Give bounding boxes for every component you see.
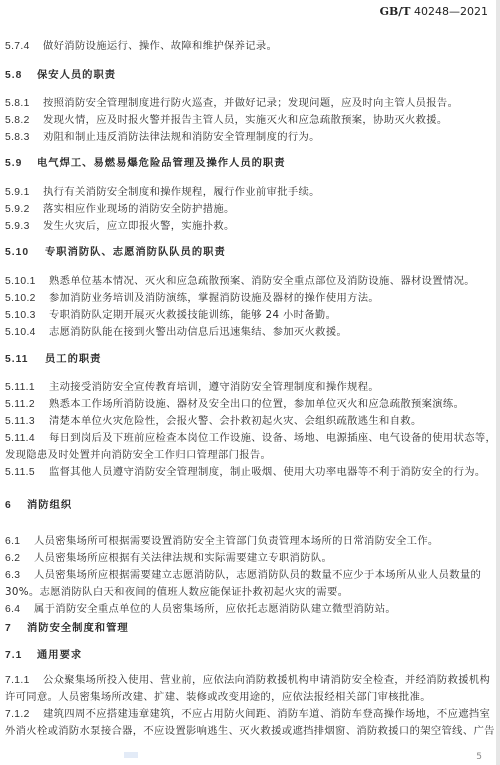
clause-text: 按照消防安全管理制度进行防火巡查，并做好记录；发现问题，应及时向主管人员报告。 [43, 97, 458, 109]
section-heading: 5.9电气焊工、易燃易爆危险品管理及操作人员的职责 [5, 154, 286, 169]
clause-number: 7.1.1 [5, 675, 43, 686]
clause-text: 人员密集场所可根据需要设置消防安全主管部门负责管理本场所的日常消防安全工作。 [34, 535, 439, 547]
clause-number: 5.7.4 [5, 41, 43, 52]
clause-text: 电气焊工、易燃易爆危险品管理及操作人员的职责 [37, 157, 286, 169]
clause: 5.9.1执行有关消防安全制度和操作规程，履行作业前审批手续。 [5, 183, 320, 198]
clause-text: 主动接受消防安全宣传教育培训，遵守消防安全管理制度和操作规程。 [49, 381, 379, 393]
clause-number: 5.10.1 [5, 276, 49, 287]
clause-text: 清楚本单位火灾危险性，会报火警、会扑救初起火灾、会组织疏散逃生和自救。 [49, 415, 422, 427]
clause-number: 5.8.2 [5, 115, 43, 126]
clause-text: 人员密集场所应根据需要建立志愿消防队，志愿消防队员的数量不应少于本场所从业人员数… [34, 569, 481, 581]
clause: 5.9.3发生火灾后，应立即报火警，实施扑救。 [5, 217, 235, 232]
clause-text: 劝阻和制止违反消防法律法规和消防安全管理制度的行为。 [43, 131, 320, 143]
clause-number: 5.11 [5, 354, 45, 365]
clause-text: 每日到岗后及下班前应检查本岗位工作设施、设备、场地、电源插座、电气设备的使用状态… [49, 432, 496, 444]
clause: 5.10.1熟悉单位基本情况、灭火和应急疏散预案、消防安全重点部位及消防设施、器… [5, 272, 475, 287]
clause: 6.3人员密集场所应根据需要建立志愿消防队，志愿消防队员的数量不应少于本场所从业… [5, 566, 481, 581]
clause-number: 5.11.2 [5, 399, 49, 410]
clause: 5.7.4做好消防设施运行、操作、故障和维护保养记录。 [5, 37, 277, 52]
section-heading: 7消防安全制度和管理 [5, 619, 129, 634]
clause-number: 7.1.2 [5, 709, 43, 720]
standard-number: 40248—2021 [414, 5, 488, 18]
clause-number: 5.10.2 [5, 293, 49, 304]
clause: 6.2人员密集场所应根据有关法律法规和实际需要建立专职消防队。 [5, 549, 332, 564]
clause: 5.10.4志愿消防队能在接到火警出动信息后迅速集结、参加灭火救援。 [5, 323, 347, 338]
clause: 6.4属于消防安全重点单位的人员密集场所，应依托志愿消防队建立微型消防站。 [5, 600, 396, 615]
clause-text: 员工的职责 [45, 353, 101, 365]
clause-number: 5.9.2 [5, 204, 43, 215]
clause-continuation: 30%。志愿消防队白天和夜间的值班人数应能保证扑救初起火灾的需要。 [5, 583, 348, 598]
clause-text: 监督其他人员遵守消防安全管理制度，制止吸烟、使用大功率电器等不利于消防安全的行为… [49, 466, 486, 478]
clause-text: 发生火灾后，应立即报火警，实施扑救。 [43, 220, 235, 232]
clause-number: 6.2 [5, 553, 34, 564]
clause-continuation: 外消火栓或消防水泵接合器，不应设置影响逃生、灭火救援或遮挡排烟窗、消防救援口的架… [5, 722, 495, 737]
section-heading: 7.1通用要求 [5, 646, 82, 661]
clause: 5.10.3专职消防队定期开展灭火救援技能训练，能够 24 小时备勤。 [5, 306, 336, 321]
clause-number: 6.3 [5, 570, 34, 581]
clause-number: 6 [5, 500, 27, 511]
page-header: GB/T 40248—2021 [380, 5, 488, 18]
standard-code: GB/T [380, 5, 411, 18]
clause-text: 参加消防业务培训及消防演练，掌握消防设施及器材的操作使用方法。 [49, 292, 379, 304]
section-heading: 5.11员工的职责 [5, 350, 101, 365]
clause-text: 公众聚集场所投入使用、营业前，应依法向消防救援机构申请消防安全检查，并经消防救援… [43, 674, 490, 686]
clause-number: 5.8.1 [5, 98, 43, 109]
clause: 5.11.2熟悉本工作场所消防设施、器材及安全出口的位置，参加单位灭火和应急疏散… [5, 395, 464, 410]
clause-continuation: 发现隐患及时处置并向消防安全工作归口管理部门报告。 [5, 446, 271, 461]
clause-text: 志愿消防队能在接到火警出动信息后迅速集结、参加灭火救援。 [49, 326, 347, 338]
clause: 7.1.1公众聚集场所投入使用、营业前，应依法向消防救援机构申请消防安全检查，并… [5, 671, 490, 686]
clause: 5.8.2发现火情，应及时报火警并报告主管人员，实施灭火和应急疏散预案，协助灭火… [5, 111, 448, 126]
clause-number: 5.9 [5, 158, 37, 169]
clause-number: 7.1 [5, 650, 37, 661]
clause-text: 专职消防队、志愿消防队队员的职责 [45, 246, 226, 258]
clause: 5.11.1主动接受消防安全宣传教育培训，遵守消防安全管理制度和操作规程。 [5, 378, 379, 393]
clause-number: 6.1 [5, 536, 34, 547]
clause-number: 5.8.3 [5, 132, 43, 143]
clause-text: 熟悉本工作场所消防设施、器材及安全出口的位置，参加单位灭火和应急疏散预案演练。 [49, 398, 464, 410]
page-edge [496, 0, 500, 765]
clause: 5.11.3清楚本单位火灾危险性，会报火警、会扑救初起火灾、会组织疏散逃生和自救… [5, 412, 422, 427]
clause-text: 执行有关消防安全制度和操作规程，履行作业前审批手续。 [43, 186, 320, 198]
clause-number: 5.10.4 [5, 327, 49, 338]
section-heading: 5.8保安人员的职责 [5, 66, 116, 81]
clause-number: 5.11.3 [5, 416, 49, 427]
clause: 5.11.4每日到岗后及下班前应检查本岗位工作设施、设备、场地、电源插座、电气设… [5, 429, 496, 444]
clause-number: 5.11.5 [5, 467, 49, 478]
clause-number: 7 [5, 623, 27, 634]
clause-number: 5.10 [5, 247, 45, 258]
section-heading: 5.10专职消防队、志愿消防队队员的职责 [5, 243, 226, 258]
page-number: 5 [476, 752, 482, 762]
clause-text: 发现火情，应及时报火警并报告主管人员，实施灭火和应急疏散预案，协助灭火救援。 [43, 114, 448, 126]
clause-text: 做好消防设施运行、操作、故障和维护保养记录。 [43, 40, 277, 52]
clause-number: 5.11.1 [5, 382, 49, 393]
clause-text: 建筑四周不应搭建违章建筑，不应占用防火间距、消防车道、消防车登高操作场地，不应遮… [43, 708, 490, 720]
clause-text: 属于消防安全重点单位的人员密集场所，应依托志愿消防队建立微型消防站。 [34, 603, 396, 615]
clause-text: 消防组织 [27, 499, 72, 511]
clause-number: 5.10.3 [5, 310, 49, 321]
clause: 7.1.2建筑四周不应搭建违章建筑，不应占用防火间距、消防车道、消防车登高操作场… [5, 705, 490, 720]
document-page: GB/T 40248—2021 5.7.4做好消防设施运行、操作、故障和维护保养… [0, 0, 496, 765]
clause: 5.8.3劝阻和制止违反消防法律法规和消防安全管理制度的行为。 [5, 128, 320, 143]
clause: 5.8.1按照消防安全管理制度进行防火巡查，并做好记录；发现问题，应及时向主管人… [5, 94, 458, 109]
clause-continuation: 许可同意。人员密集场所改建、扩建、装修或改变用途的，应依法报经相关部门审核批准。 [5, 688, 431, 703]
clause: 5.10.2参加消防业务培训及消防演练，掌握消防设施及器材的操作使用方法。 [5, 289, 379, 304]
clause-text: 落实相应作业现场的消防安全防护措施。 [43, 203, 235, 215]
clause-text: 消防安全制度和管理 [27, 622, 129, 634]
clause-text: 熟悉单位基本情况、灭火和应急疏散预案、消防安全重点部位及消防设施、器材设置情况。 [49, 275, 475, 287]
section-heading: 6消防组织 [5, 496, 72, 511]
clause-number: 6.4 [5, 604, 34, 615]
clause-number: 5.9.3 [5, 221, 43, 232]
clause: 6.1人员密集场所可根据需要设置消防安全主管部门负责管理本场所的日常消防安全工作… [5, 532, 439, 547]
clause-text: 人员密集场所应根据有关法律法规和实际需要建立专职消防队。 [34, 552, 332, 564]
clause-number: 5.8 [5, 70, 37, 81]
clause: 5.11.5监督其他人员遵守消防安全管理制度，制止吸烟、使用大功率电器等不利于消… [5, 463, 486, 478]
clause-number: 5.9.1 [5, 187, 43, 198]
clause-text: 通用要求 [37, 649, 82, 661]
clause-text: 保安人员的职责 [37, 69, 116, 81]
selection-highlight [124, 752, 138, 758]
clause-text: 专职消防队定期开展灭火救援技能训练，能够 24 小时备勤。 [49, 309, 336, 321]
clause-number: 5.11.4 [5, 433, 49, 444]
clause: 5.9.2落实相应作业现场的消防安全防护措施。 [5, 200, 235, 215]
